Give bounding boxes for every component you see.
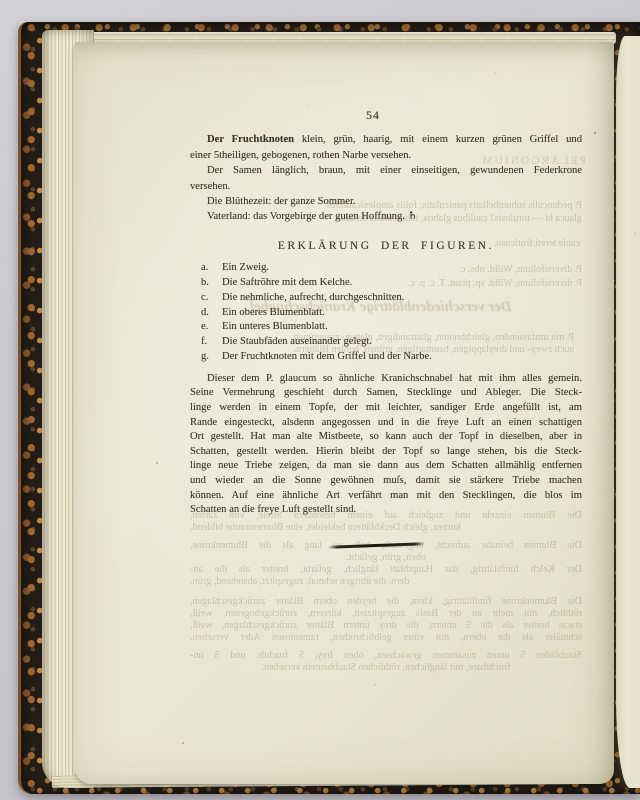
paragraph-line: und wieder an die Sonne gewöhnen muſs, d… — [190, 474, 582, 489]
figure-list-item: e.Ein unteres Blumenblatt. — [190, 320, 582, 335]
figure-letter: d. — [190, 306, 222, 321]
paragraph-line: Seine Vermehrung geschieht durch Samen, … — [190, 386, 582, 401]
ghost-text-line: Der Kelch fünfblättrig, das Hauptblatt l… — [190, 564, 582, 575]
figure-letter: e. — [190, 320, 222, 335]
paragraph-line: Rande eingesteckt, alsdenn angegossen un… — [190, 416, 582, 431]
figure-list-item: d.Ein oberes Blumenblatt. — [190, 306, 582, 321]
page-number: 54 — [190, 108, 582, 123]
figure-list-item: c.Die nehmliche, aufrecht, durchgeschnit… — [190, 291, 582, 306]
figure-list-item: f.Die Staubfäden auseinander gelegt. — [190, 335, 582, 350]
ghost-text-line: Staubfäden 5 unten zusammen gewachsen, o… — [190, 650, 582, 661]
paragraph-line: Schatten an die freye Luft gestellt sind… — [190, 503, 582, 518]
main-paragraph: Dieser dem P. glaucum so ähnliche Kranic… — [190, 372, 582, 518]
saturn-shrub-symbol: ♄ — [408, 210, 418, 222]
bold-lead-fruchtknoten: Der Fruchtknoten — [207, 134, 294, 145]
paragraph-line: Schatten, gestellt werden. Hierin bleibt… — [190, 445, 582, 460]
figure-letter: b. — [190, 276, 222, 291]
figure-list-item: g.Der Fruchtknoten mit dem Griffel und d… — [190, 350, 582, 365]
scan-background: PELARGONIUM P. pedunculis subumbellatis … — [0, 0, 640, 800]
bloom-time-line: Die Blüthezeit: der ganze Sommer. — [190, 194, 582, 209]
paragraph-line: einer 5theiligen, gebogenen, rothen Narb… — [190, 148, 582, 163]
figure-letter: f. — [190, 335, 222, 350]
paragraph-line: Der Samen länglich, braun, mit einer ein… — [190, 163, 582, 178]
paragraph-line: Ort gestellt. Hat man alte Mistbeete, so… — [190, 430, 582, 445]
figure-caption: Ein oberes Blumenblatt. — [222, 306, 582, 321]
figure-list-item: a.Ein Zweig. — [190, 261, 582, 276]
figure-letter: a. — [190, 261, 222, 276]
paragraph-line: können. Auf eine ähnliche Art verfährt m… — [190, 489, 582, 504]
facing-page-sliver — [616, 36, 640, 788]
ghost-text-line: röthlich, mit mehr an der Basis zugespit… — [190, 608, 582, 619]
paragraph-line-text: klein, grün, haarig, mit einem kurzen gr… — [294, 134, 582, 145]
page-text-block: 54 Der Fruchtknoten klein, grün, haarig,… — [190, 108, 582, 547]
paragraph-line: Der Fruchtknoten klein, grün, haarig, mi… — [190, 132, 582, 147]
figure-caption: Die nehmliche, aufrecht, durchgeschnitte… — [222, 291, 582, 306]
figure-letter: g. — [190, 350, 222, 365]
ghost-text-line: Die Blumenkrone fünfblättrig, klein, die… — [190, 596, 582, 607]
figure-caption: Die Staubfäden auseinander gelegt. — [222, 335, 582, 350]
ghost-text-line: etwas breiter als die 5 untern; die drey… — [190, 620, 582, 631]
paragraph-line: Dieser dem P. glaucum so ähnliche Kranic… — [190, 372, 582, 387]
ghost-text-line: oben, grün, gefärbt. — [190, 552, 582, 563]
paragraph-line: linge neue Triebe zeigen, da man sie dan… — [190, 459, 582, 474]
homeland-line: Vaterland: das Vorgebirge der guten Hoff… — [190, 209, 582, 224]
figure-list-item: b.Die Saftröhre mit dem Kelche. — [190, 276, 582, 291]
figures-heading: ERKLÄRUNG DER FIGUREN. — [190, 239, 582, 254]
ghost-text-line: schmäler als die obern, mit einer gelbli… — [190, 632, 582, 643]
ghost-text-line: dern, die übrigen schmal, zugespitzt, ab… — [190, 576, 582, 587]
ghost-text-line: fruchtbare, mit länglichen, röthlichen S… — [190, 662, 582, 673]
paragraph-line: versehen. — [190, 179, 582, 194]
homeland-text: Vaterland: das Vorgebirge der guten Hoff… — [207, 211, 405, 222]
figure-letter: c. — [190, 291, 222, 306]
paragraph-line: linge werden in einem Topfe, der mit lei… — [190, 401, 582, 416]
figure-caption: Ein Zweig. — [222, 261, 582, 276]
figure-caption: Die Saftröhre mit dem Kelche. — [222, 276, 582, 291]
paper-specks — [74, 42, 76, 44]
figure-caption: Der Fruchtknoten mit dem Griffel und der… — [222, 350, 582, 365]
book: PELARGONIUM P. pedunculis subumbellatis … — [18, 22, 640, 794]
figure-caption: Ein unteres Blumenblatt. — [222, 320, 582, 335]
book-page: PELARGONIUM P. pedunculis subumbellatis … — [74, 42, 614, 784]
